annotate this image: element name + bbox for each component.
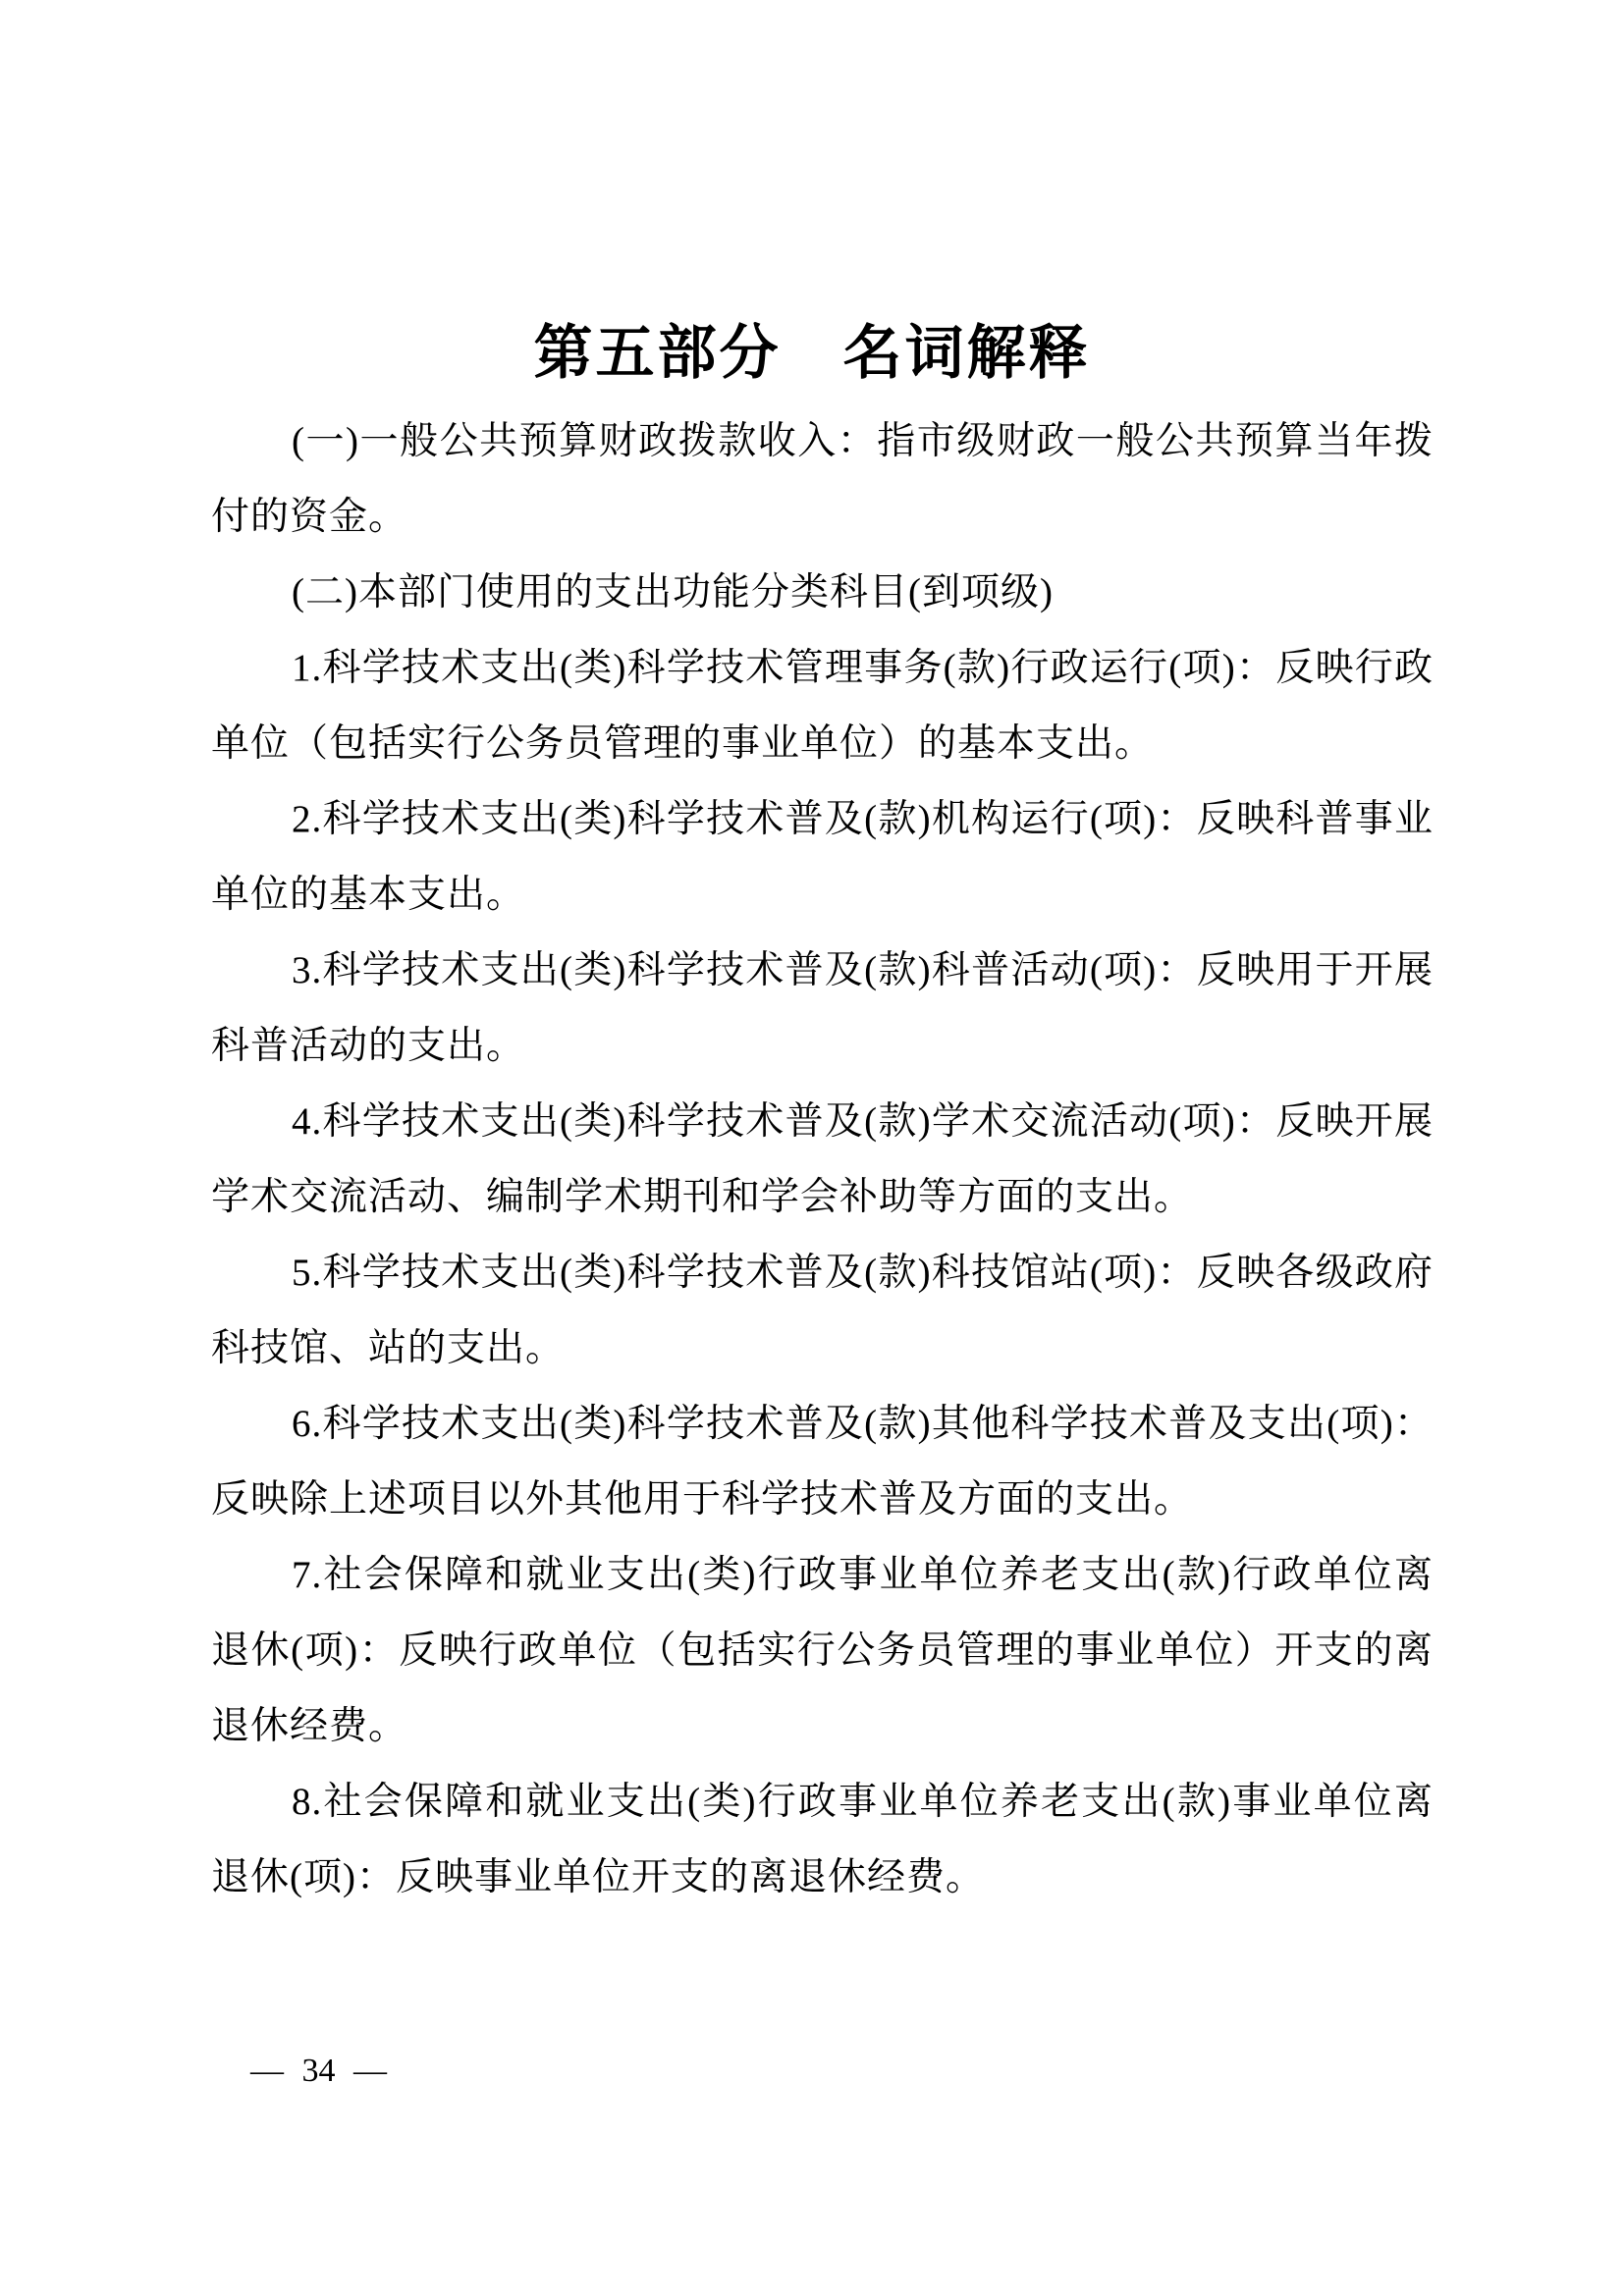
body-paragraph: 6.科学技术支出(类)科学技术普及(款)其他科学技术普及支出(项)：反映除上述项… bbox=[211, 1386, 1434, 1537]
body-paragraph: 8.社会保障和就业支出(类)行政事业单位养老支出(款)事业单位离退休(项)：反映… bbox=[211, 1764, 1434, 1915]
body-paragraph: (一)一般公共预算财政拨款收入：指市级财政一般公共预算当年拨付的资金。 bbox=[211, 403, 1434, 555]
body-paragraph: 2.科学技术支出(类)科学技术普及(款)机构运行(项)：反映科普事业单位的基本支… bbox=[211, 781, 1434, 933]
document-page: 第五部分 名词解释 (一)一般公共预算财政拨款收入：指市级财政一般公共预算当年拨… bbox=[0, 0, 1624, 2296]
body-paragraph: 1.科学技术支出(类)科学技术管理事务(款)行政运行(项)：反映行政单位（包括实… bbox=[211, 630, 1434, 781]
body-paragraph: 5.科学技术支出(类)科学技术普及(款)科技馆站(项)：反映各级政府科技馆、站的… bbox=[211, 1235, 1434, 1386]
body-paragraph: 3.科学技术支出(类)科学技术普及(款)科普活动(项)：反映用于开展科普活动的支… bbox=[211, 933, 1434, 1084]
glossary-section: (一)一般公共预算财政拨款收入：指市级财政一般公共预算当年拨付的资金。 (二)本… bbox=[211, 403, 1434, 1915]
page-number: — 34 — bbox=[250, 2052, 387, 2091]
body-paragraph: 7.社会保障和就业支出(类)行政事业单位养老支出(款)行政单位离退休(项)：反映… bbox=[211, 1537, 1434, 1764]
body-paragraph: 4.科学技术支出(类)科学技术普及(款)学术交流活动(项)：反映开展学术交流活动… bbox=[211, 1084, 1434, 1235]
body-paragraph: (二)本部门使用的支出功能分类科目(到项级) bbox=[211, 555, 1434, 630]
page-title: 第五部分 名词解释 bbox=[0, 320, 1624, 387]
